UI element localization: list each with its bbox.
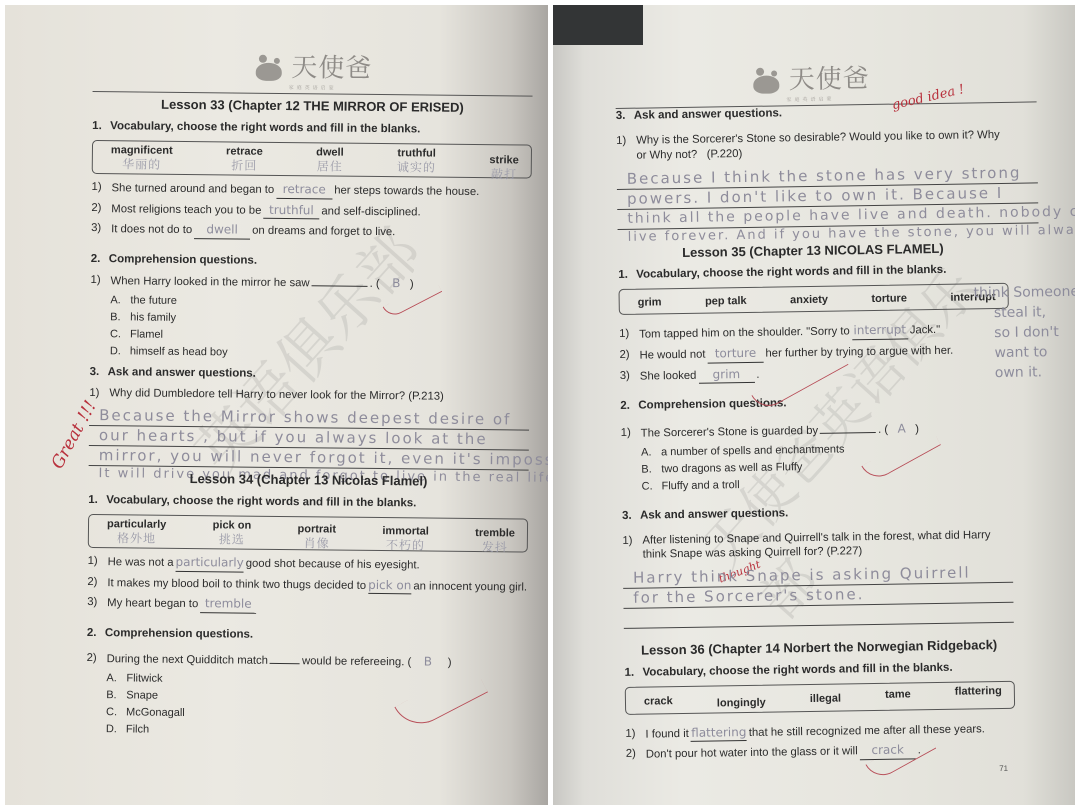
right-page-photo: 天使爸英语俱乐部 天使爸 家庭英语启蒙 good idea ! 3.Ask an… [553,5,1075,805]
comp-question: 1)When Harry looked in the mirror he saw… [91,273,531,293]
lesson-35-word-bank: grim pep talk anxiety torture interrupt [618,283,1008,315]
ask-question: 1)After listening to Snape and Quirrell'… [622,527,1012,562]
fill-question: 1)She turned around and began toretraceh… [91,180,531,201]
choice-answer: B [424,654,432,668]
written-answer: Because I think the stone has very stron… [617,163,1039,246]
lesson-33-title: Lesson 33 (Chapter 12 THE MIRROR OF ERIS… [92,96,532,117]
fill-question: 2)Don't pour hot water into the glass or… [626,741,1016,764]
lesson-36-title: Lesson 36 (Chapter 14 Norbert the Norweg… [624,637,1014,660]
option: B.two dragons as well as Fluffy [641,457,1011,477]
option: D.himself as head boy [110,345,530,364]
left-page: 天使爸 家庭英语启蒙 Lesson 33 (Chapter 12 THE MIR… [86,50,533,744]
left-page-photo: 英语俱乐部 天使爸 家庭英语启蒙 Lesson 33 (Chapter 12 T… [5,5,548,805]
lesson-34-word-bank: particularly格外地 pick on挑选 portrait肖像 imm… [88,514,528,553]
answer-blank: dwell [194,222,250,239]
written-answer: thought Harry think Snape is asking Quir… [623,563,1014,629]
fill-question: 1)Tom tapped him on the shoulder. "Sorry… [619,321,1009,344]
answer-blank: particularly [175,555,243,572]
vocab-word: strike敲打 [489,153,519,183]
lesson-35-ask-heading: 3.Ask and answer questions. [622,503,1012,524]
lesson-34-comp-heading: 2.Comprehension questions. [87,626,527,646]
answer-blank: interrupt [852,323,908,340]
logo-icon [751,67,785,96]
fill-question: 3)She lookedgrim. [620,362,1010,385]
lesson-33-word-bank: magnificent华丽的 retrace折回 dwell居住 truthfu… [92,140,532,179]
choice-answer: A [897,422,905,436]
option: C.McGonagall [106,705,526,724]
lesson-33-vocab-heading: 1.Vocabulary, choose the right words and… [92,119,532,139]
lesson-34-vocab-heading: 1.Vocabulary, choose the right words and… [88,493,528,513]
ask-question: 1)Why is the Sorcerer's Stone so desirab… [616,128,1006,163]
lesson-34-title: Lesson 34 (Chapter 13 Nicolas Flamel) [88,470,528,491]
fill-question: 1)He was not aparticularlygood shot beca… [88,554,528,575]
right-page: 天使爸 家庭英语启蒙 good idea ! 3.Ask and answer … [615,61,1016,768]
vocab-word: flattering [955,684,1002,699]
background-shadow [553,5,643,45]
fill-question: 3)My heart began totremble [87,595,527,616]
logo-text: 天使爸 [291,52,372,87]
vocab-word: tame [885,687,911,702]
vocab-word: magnificent华丽的 [111,143,173,174]
option: D.Filch [106,723,526,742]
comp-question: 2)During the next Quidditch matchwould b… [87,651,527,671]
page-number: 71 [999,764,1008,775]
choice-answer: B [392,276,400,290]
vocab-word: dwell居住 [316,145,344,175]
comp-question: 1)The Sorcerer's Stone is guarded by. ( … [621,420,1011,442]
logo-icon [253,55,287,83]
vocab-word: longingly [717,695,766,710]
lesson-33-comp-heading: 2.Comprehension questions. [91,252,531,272]
vocab-word: truthful诚实的 [397,146,436,176]
answer-blank: retrace [276,182,332,199]
fill-question: 3)It does not do todwellon dreams and fo… [91,221,531,242]
option: A.the future [110,293,530,312]
vocab-word: illegal [810,691,841,706]
logo-text: 天使爸 [788,63,870,98]
vocab-word: tremble发抖 [475,526,515,556]
lesson-33-ask-heading: 3.Ask and answer questions. [90,365,530,385]
option: C.Flamel [110,327,530,346]
answer-blank: pick on [368,578,411,595]
answer-blank: truthful [263,203,319,220]
option: B.his family [110,310,530,329]
fill-question: 2)Most religions teach you to betruthful… [91,201,531,222]
vocab-word: torture [871,292,907,307]
fill-question: 1)I found itflatteringthat he still reco… [625,721,1015,744]
answer-blank: torture [707,346,763,363]
vocab-word: grim [638,296,662,311]
vocab-word: pep talk [705,294,747,309]
option: C.Fluffy and a troll [641,474,1011,494]
lesson-35-vocab-heading: 1.Vocabulary, choose the right words and… [618,262,1008,283]
vocab-word: particularly格外地 [107,517,167,548]
answer-blank: flattering [691,725,747,742]
fill-question: 2)It makes my blood boil to think two th… [87,575,527,596]
lesson-36-word-bank: crack longingly illegal tame flattering [625,681,1015,715]
lesson-35-comp-heading: 2.Comprehension questions. [620,393,1010,414]
ask-heading: 3.Ask and answer questions. [616,103,1006,124]
vocab-word: portrait肖像 [297,522,336,552]
vocab-word: pick on挑选 [212,518,251,548]
vocab-word: immortal不朽的 [382,524,429,554]
vocab-word: anxiety [790,293,828,308]
lesson-36-vocab-heading: 1.Vocabulary, choose the right words and… [624,660,1014,681]
ask-question: 1)Why did Dumbledore tell Harry to never… [89,386,529,405]
answer-blank: tremble [200,596,256,613]
option: A.a number of spells and enchantments [641,440,1011,460]
vocab-word: crack [644,694,673,709]
vocab-word: retrace折回 [226,145,263,175]
answer-blank: grim [698,366,754,383]
